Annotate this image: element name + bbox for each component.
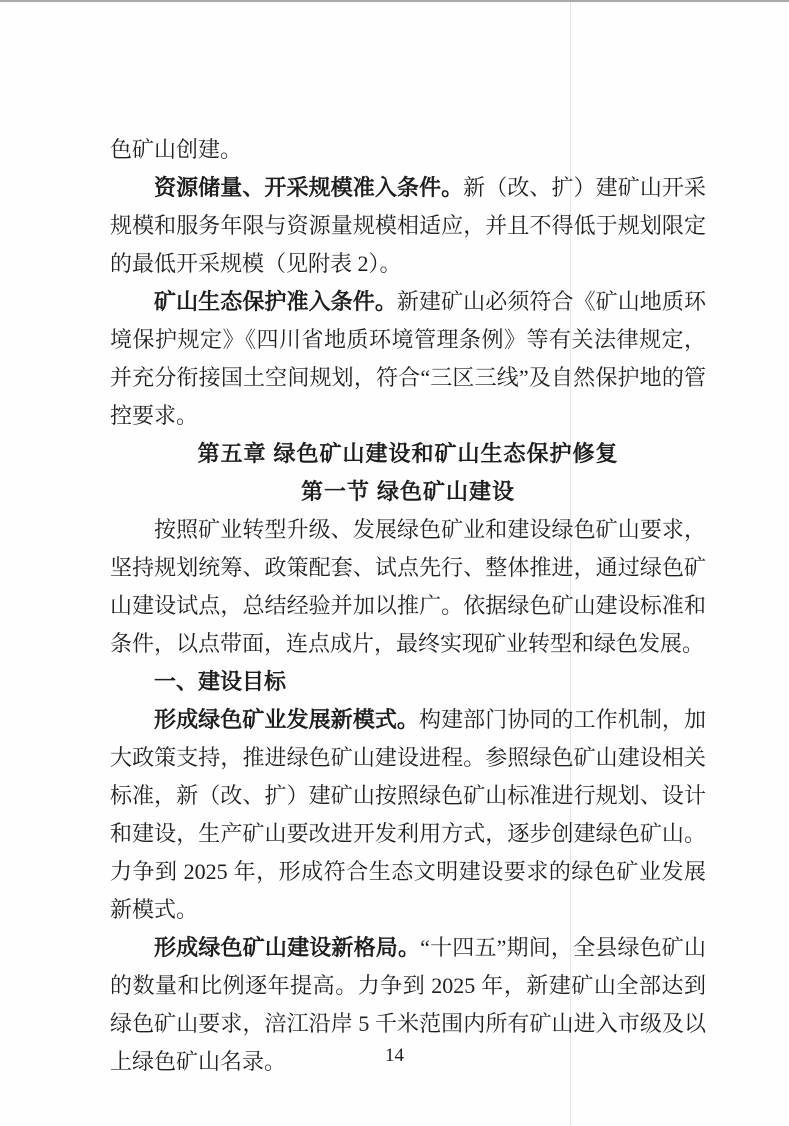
paragraph-body-new-model: 构建部门协同的工作机制，加大政策支持，推进绿色矿山建设进程。参照绿色矿山建设相关… bbox=[110, 707, 706, 922]
section-heading: 第一节 绿色矿山建设 bbox=[110, 473, 706, 511]
document-page: 色矿山创建。 资源储量、开采规模准入条件。新（改、扩）建矿山开采规模和服务年限与… bbox=[0, 0, 789, 1126]
paragraph-intro: 按照矿业转型升级、发展绿色矿业和建设绿色矿山要求，坚持规划统筹、政策配套、试点先… bbox=[110, 511, 706, 663]
paragraph-ecology-conditions: 矿山生态保护准入条件。新建矿山必须符合《矿山地质环境保护规定》《四川省地质环境管… bbox=[110, 283, 706, 435]
paragraph-lead-resource: 资源储量、开采规模准入条件。 bbox=[154, 175, 463, 200]
paragraph-lead-new-pattern: 形成绿色矿山建设新格局。 bbox=[154, 935, 420, 960]
paragraph-lead-ecology: 矿山生态保护准入条件。 bbox=[154, 289, 397, 314]
subheading-construction-goals: 一、建设目标 bbox=[110, 663, 706, 701]
paragraph-new-model: 形成绿色矿业发展新模式。构建部门协同的工作机制，加大政策支持，推进绿色矿山建设进… bbox=[110, 701, 706, 929]
paragraph-continuation: 色矿山创建。 bbox=[110, 131, 706, 169]
page-number: 14 bbox=[0, 1042, 789, 1070]
chapter-heading: 第五章 绿色矿山建设和矿山生态保护修复 bbox=[110, 435, 706, 473]
paragraph-resource-conditions: 资源储量、开采规模准入条件。新（改、扩）建矿山开采规模和服务年限与资源量规模相适… bbox=[110, 169, 706, 283]
document-content: 色矿山创建。 资源储量、开采规模准入条件。新（改、扩）建矿山开采规模和服务年限与… bbox=[110, 131, 706, 1081]
scan-top-edge bbox=[0, 0, 789, 2]
paragraph-lead-new-model: 形成绿色矿业发展新模式。 bbox=[154, 707, 419, 732]
